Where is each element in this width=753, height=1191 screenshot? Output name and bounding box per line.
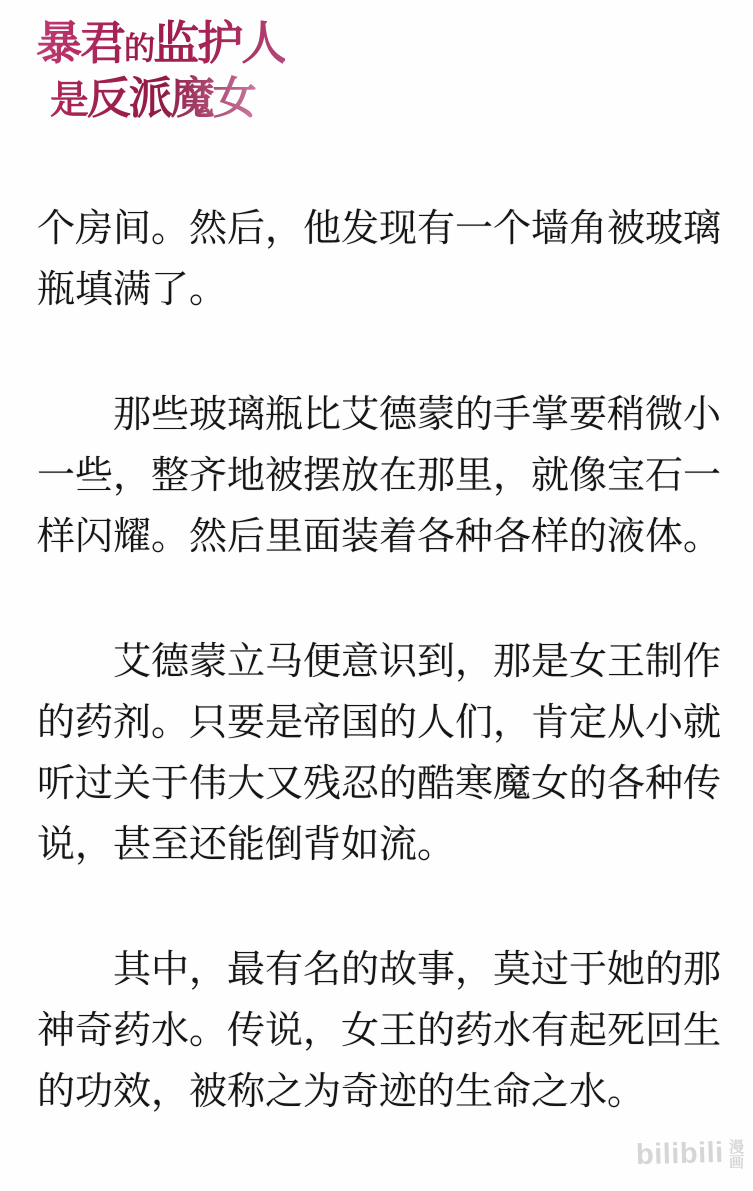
logo-text-part-small: 的 [124,31,153,66]
text-line: 那些玻璃瓶比艾德蒙的手掌要稍微小 [37,385,727,446]
paragraph: 那些玻璃瓶比艾德蒙的手掌要稍微小 一些，整齐地被摆放在那里，就像宝石一 样闪耀。… [37,385,727,568]
text-line: 的药剂。只要是帝国的人们，肯定从小就 [37,693,727,754]
text-line: 艾德蒙立马便意识到，那是女王制作 [37,632,727,693]
text-line: 神奇药水。传说，女王的药水有起死回生 [37,1001,727,1062]
series-logo-line-2: 是反派魔女 [50,74,285,123]
text-line: 说，甚至还能倒背如流。 [37,815,727,876]
text-line: 样闪耀。然后里面装着各种各样的液体。 [37,507,727,568]
logo-text-part: 暴君 [36,18,124,69]
text-line: 瓶填满了。 [37,260,727,321]
text-line: 的功效，被称之为奇迹的生命之水。 [37,1062,727,1123]
text-line: 个房间。然后，他发现有一个墙角被玻璃 [37,199,727,260]
text-line: 一些，整齐地被摆放在那里，就像宝石一 [37,446,727,507]
series-logo-line-1: 暴君的监护人 [36,18,285,70]
manga-label-char-bottom: 画 [729,1155,744,1170]
paragraph: 其中，最有名的故事，莫过于她的那 神奇药水。传说，女王的药水有起死回生 的功效，… [37,940,727,1123]
bilibili-logo-text: bilibili [636,1137,725,1172]
text-line: 听过关于伟大又残忍的酷寒魔女的各种传 [37,754,727,815]
novel-text-body: 个房间。然后，他发现有一个墙角被玻璃 瓶填满了。 那些玻璃瓶比艾德蒙的手掌要稍微… [37,199,727,1123]
manga-reader-page[interactable]: 暴君的监护人 是反派魔女 个房间。然后，他发现有一个墙角被玻璃 瓶填满了。 那些… [0,0,753,1191]
text-line: 其中，最有名的故事，莫过于她的那 [37,940,727,1001]
manga-label-char-top: 漫 [729,1140,744,1155]
logo-text-part: 监护人 [153,18,285,69]
paragraph: 个房间。然后，他发现有一个墙角被玻璃 瓶填满了。 [37,199,727,321]
paragraph: 艾德蒙立马便意识到，那是女王制作 的药剂。只要是帝国的人们，肯定从小就 听过关于… [37,632,727,876]
series-logo: 暴君的监护人 是反派魔女 [36,18,285,123]
bilibili-manga-watermark: bilibili 漫 画 [636,1138,744,1171]
manga-label: 漫 画 [729,1140,744,1170]
logo-text-part: 是 [50,79,87,122]
logo-text-part: 反派魔女 [87,74,255,123]
